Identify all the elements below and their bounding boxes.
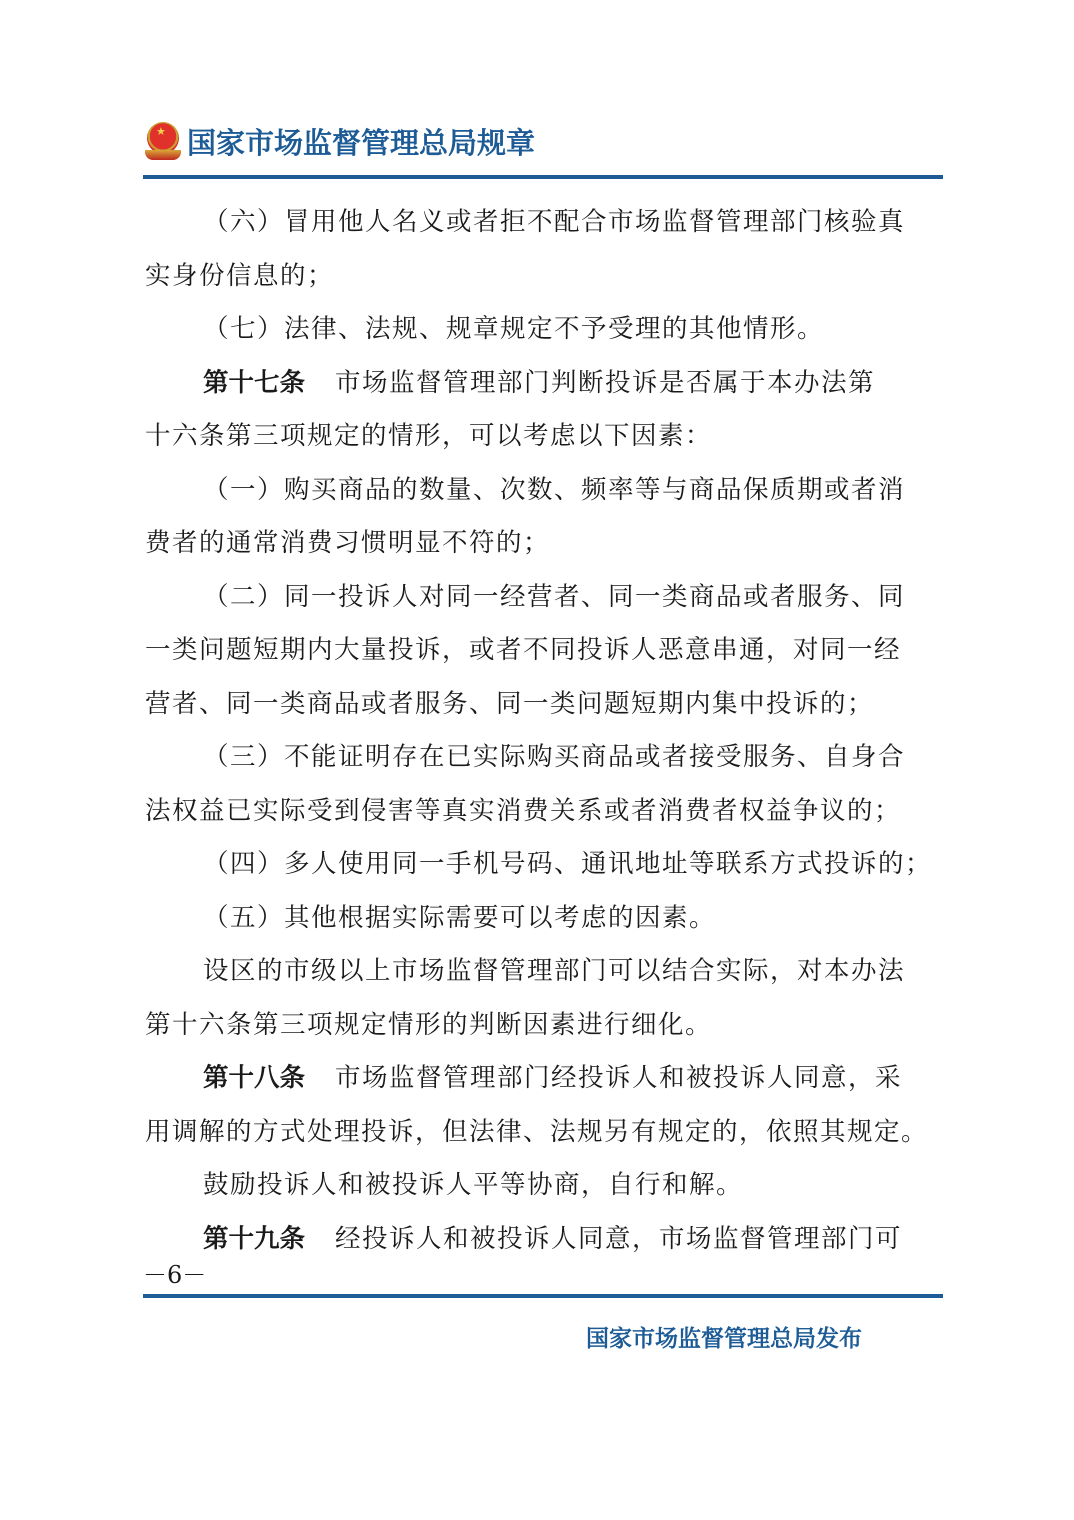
- article-heading: 第十九条: [203, 1224, 305, 1254]
- line-text: 营者、同一类商品或者服务、同一类问题短期内集中投诉的；: [145, 689, 874, 719]
- line-text: 市场监督管理部门经投诉人和被投诉人同意，采: [335, 1063, 902, 1093]
- line-text: （三）不能证明存在已实际购买商品或者接受服务、自身合: [203, 742, 905, 772]
- line-text: （七）法律、法规、规章规定不予受理的其他情形。: [203, 314, 824, 344]
- line-text: （一）购买商品的数量、次数、频率等与商品保质期或者消: [203, 475, 905, 505]
- document-line: 第十七条市场监督管理部门判断投诉是否属于本办法第: [145, 357, 945, 411]
- document-line: （二）同一投诉人对同一经营者、同一类商品或者服务、同: [145, 571, 945, 625]
- line-text: 鼓励投诉人和被投诉人平等协商，自行和解。: [203, 1170, 743, 1200]
- line-text: （二）同一投诉人对同一经营者、同一类商品或者服务、同: [203, 582, 905, 612]
- national-emblem-icon: ★: [143, 120, 183, 162]
- page-number: －6－: [143, 1255, 206, 1290]
- line-text: 实身份信息的；: [145, 261, 334, 291]
- line-text: 市场监督管理部门判断投诉是否属于本办法第: [335, 368, 875, 398]
- article-heading: 第十八条: [203, 1063, 305, 1093]
- header-title: 国家市场监督管理总局规章: [187, 121, 535, 162]
- document-line: 法权益已实际受到侵害等真实消费关系或者消费者权益争议的；: [145, 785, 945, 839]
- line-text: 费者的通常消费习惯明显不符的；: [145, 528, 550, 558]
- line-text: （六）冒用他人名义或者拒不配合市场监督管理部门核验真: [203, 207, 905, 237]
- line-text: 用调解的方式处理投诉，但法律、法规另有规定的，依照其规定。: [145, 1117, 928, 1147]
- header-divider: [143, 175, 943, 179]
- article-heading: 第十七条: [203, 368, 305, 398]
- document-line: （六）冒用他人名义或者拒不配合市场监督管理部门核验真: [145, 196, 945, 250]
- page-header: ★ 国家市场监督管理总局规章: [143, 118, 535, 164]
- document-line: 十六条第三项规定的情形，可以考虑以下因素：: [145, 410, 945, 464]
- document-body: （六）冒用他人名义或者拒不配合市场监督管理部门核验真实身份信息的；（七）法律、法…: [145, 196, 945, 1266]
- document-line: （四）多人使用同一手机号码、通讯地址等联系方式投诉的；: [145, 838, 945, 892]
- line-text: 经投诉人和被投诉人同意，市场监督管理部门可: [335, 1224, 902, 1254]
- document-line: 用调解的方式处理投诉，但法律、法规另有规定的，依照其规定。: [145, 1106, 945, 1160]
- document-line: 鼓励投诉人和被投诉人平等协商，自行和解。: [145, 1159, 945, 1213]
- document-line: 第十六条第三项规定情形的判断因素进行细化。: [145, 999, 945, 1053]
- document-line: 营者、同一类商品或者服务、同一类问题短期内集中投诉的；: [145, 678, 945, 732]
- document-line: （一）购买商品的数量、次数、频率等与商品保质期或者消: [145, 464, 945, 518]
- document-line: 第十九条经投诉人和被投诉人同意，市场监督管理部门可: [145, 1213, 945, 1267]
- line-text: 设区的市级以上市场监督管理部门可以结合实际，对本办法: [203, 956, 905, 986]
- document-line: 第十八条市场监督管理部门经投诉人和被投诉人同意，采: [145, 1052, 945, 1106]
- line-text: 十六条第三项规定的情形，可以考虑以下因素：: [145, 421, 712, 451]
- footer-divider: [143, 1294, 943, 1298]
- line-text: （四）多人使用同一手机号码、通讯地址等联系方式投诉的；: [203, 849, 932, 879]
- line-text: 一类问题短期内大量投诉，或者不同投诉人恶意串通，对同一经: [145, 635, 901, 665]
- document-line: 费者的通常消费习惯明显不符的；: [145, 517, 945, 571]
- document-line: 一类问题短期内大量投诉，或者不同投诉人恶意串通，对同一经: [145, 624, 945, 678]
- document-line: （七）法律、法规、规章规定不予受理的其他情形。: [145, 303, 945, 357]
- line-text: 法权益已实际受到侵害等真实消费关系或者消费者权益争议的；: [145, 796, 901, 826]
- line-text: （五）其他根据实际需要可以考虑的因素。: [203, 903, 716, 933]
- document-line: （五）其他根据实际需要可以考虑的因素。: [145, 892, 945, 946]
- footer-publisher: 国家市场监督管理总局发布: [586, 1320, 862, 1353]
- document-line: 实身份信息的；: [145, 250, 945, 304]
- document-line: 设区的市级以上市场监督管理部门可以结合实际，对本办法: [145, 945, 945, 999]
- document-line: （三）不能证明存在已实际购买商品或者接受服务、自身合: [145, 731, 945, 785]
- line-text: 第十六条第三项规定情形的判断因素进行细化。: [145, 1010, 712, 1040]
